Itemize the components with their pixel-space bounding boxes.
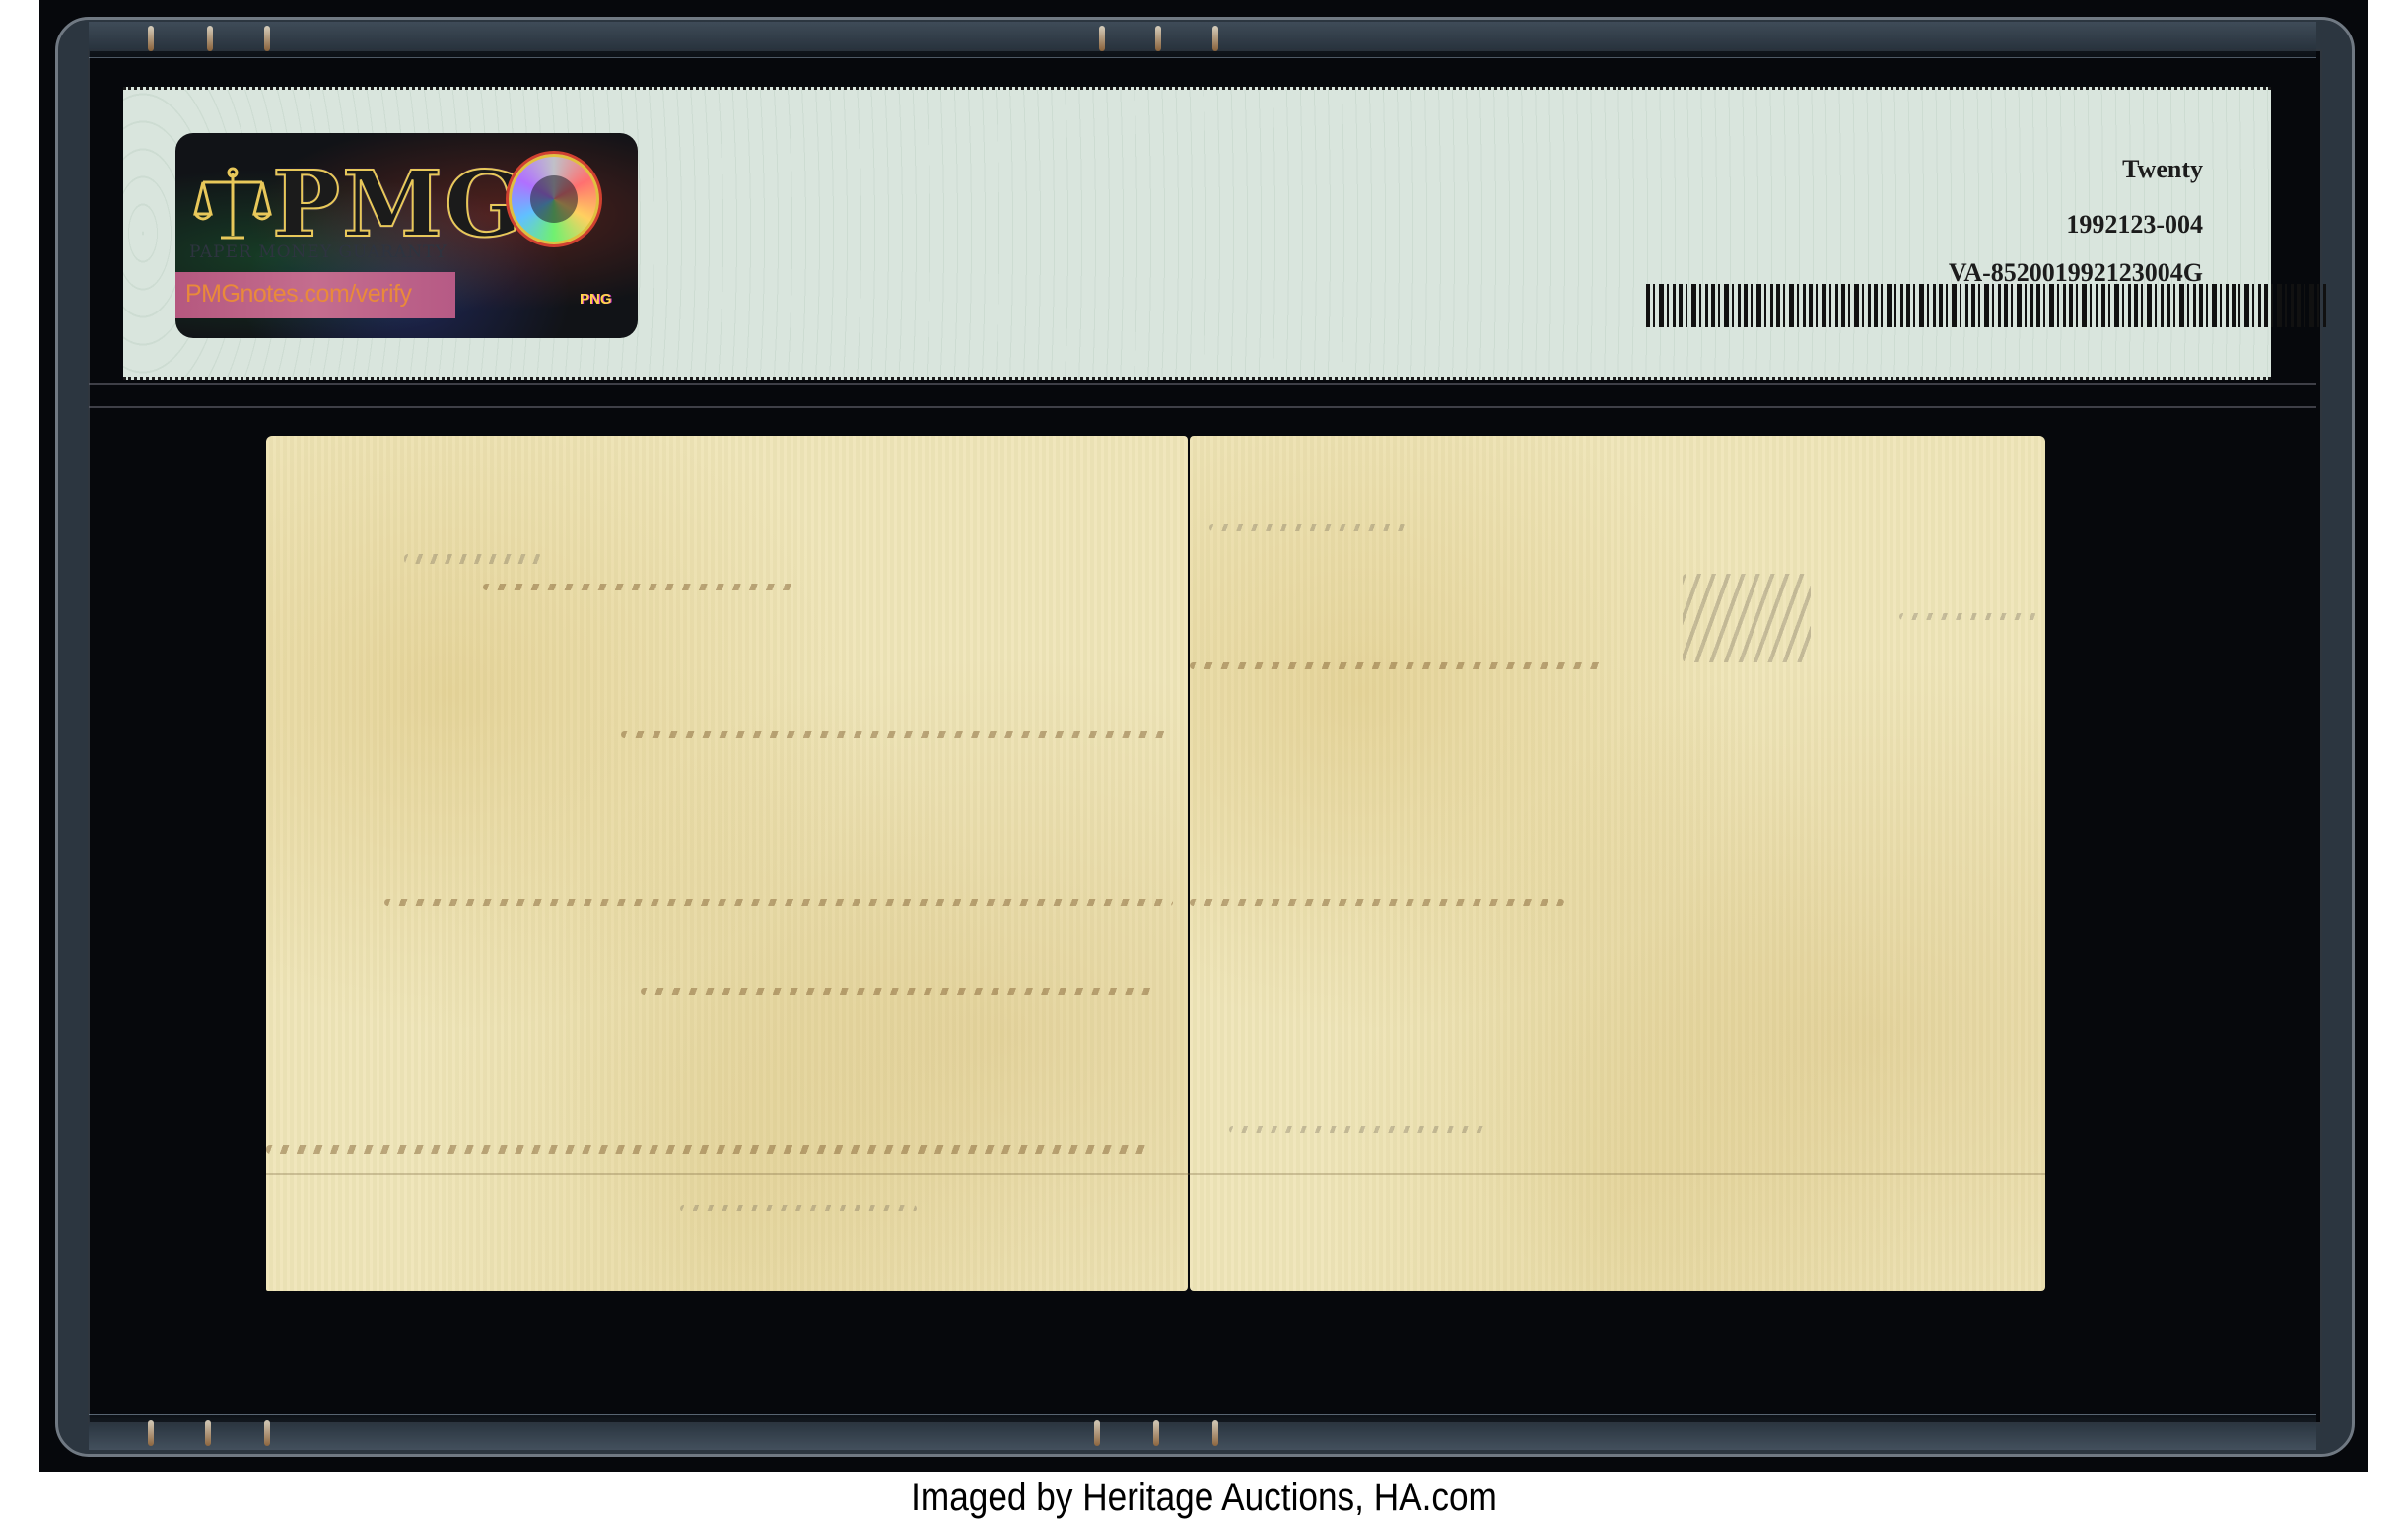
ink-stroke (266, 1145, 1153, 1154)
ink-stroke (1229, 1126, 1485, 1133)
ink-stroke (1209, 524, 1407, 531)
rim-notch-icon (205, 1420, 211, 1446)
ink-stroke (641, 988, 1153, 995)
holder-separator-line (89, 383, 2316, 385)
barcode (1646, 284, 2326, 327)
rim-notch-icon (1212, 26, 1218, 51)
ink-vignette (1683, 574, 1811, 662)
holder-separator-line (89, 406, 2316, 408)
note-left-panel (266, 436, 1188, 1291)
horizontal-fold (266, 1173, 2045, 1175)
rim-notch-icon (148, 1420, 154, 1446)
ink-stroke (404, 554, 542, 564)
ink-stroke (384, 899, 1173, 906)
verify-strip: PMGnotes.com/verify (175, 272, 455, 318)
ink-stroke (621, 731, 1173, 738)
ink-stroke (483, 584, 798, 590)
rim-notch-icon (1099, 26, 1105, 51)
image-credit-caption: Imaged by Heritage Auctions, HA.com (145, 1476, 2264, 1519)
ink-stroke (1899, 613, 2037, 620)
scales-of-justice-icon (193, 167, 272, 245)
rim-notch-icon (264, 26, 270, 51)
holder-rim-bottom (89, 1414, 2316, 1450)
rim-notch-icon (264, 1420, 270, 1446)
rim-notch-icon (148, 26, 154, 51)
pmg-logo: PMG (272, 155, 524, 253)
denomination: Twenty (2122, 155, 2203, 184)
note-right-panel (1190, 436, 2045, 1291)
ink-stroke (1190, 899, 1564, 906)
certification-number: 1992123-004 (2066, 210, 2203, 240)
hologram-seal-icon (506, 151, 602, 247)
rim-notch-icon (1155, 26, 1161, 51)
rim-notch-icon (1153, 1420, 1159, 1446)
grading-label: PMG PAPER MONEY GUARANTY PMGnotes.com/ve… (123, 87, 2271, 380)
verify-url: PMGnotes.com/verify (185, 280, 411, 309)
hologram-code: PNG (580, 291, 612, 308)
pmg-hologram: PMG PAPER MONEY GUARANTY PMGnotes.com/ve… (175, 133, 638, 338)
holder-rim-top (89, 22, 2316, 58)
rim-notch-icon (1212, 1420, 1218, 1446)
rim-notch-icon (207, 26, 213, 51)
ink-stroke (1190, 662, 1604, 669)
grader-tagline: PAPER MONEY GUARANTY (189, 242, 447, 262)
ink-stroke (680, 1205, 917, 1211)
rim-notch-icon (1094, 1420, 1100, 1446)
